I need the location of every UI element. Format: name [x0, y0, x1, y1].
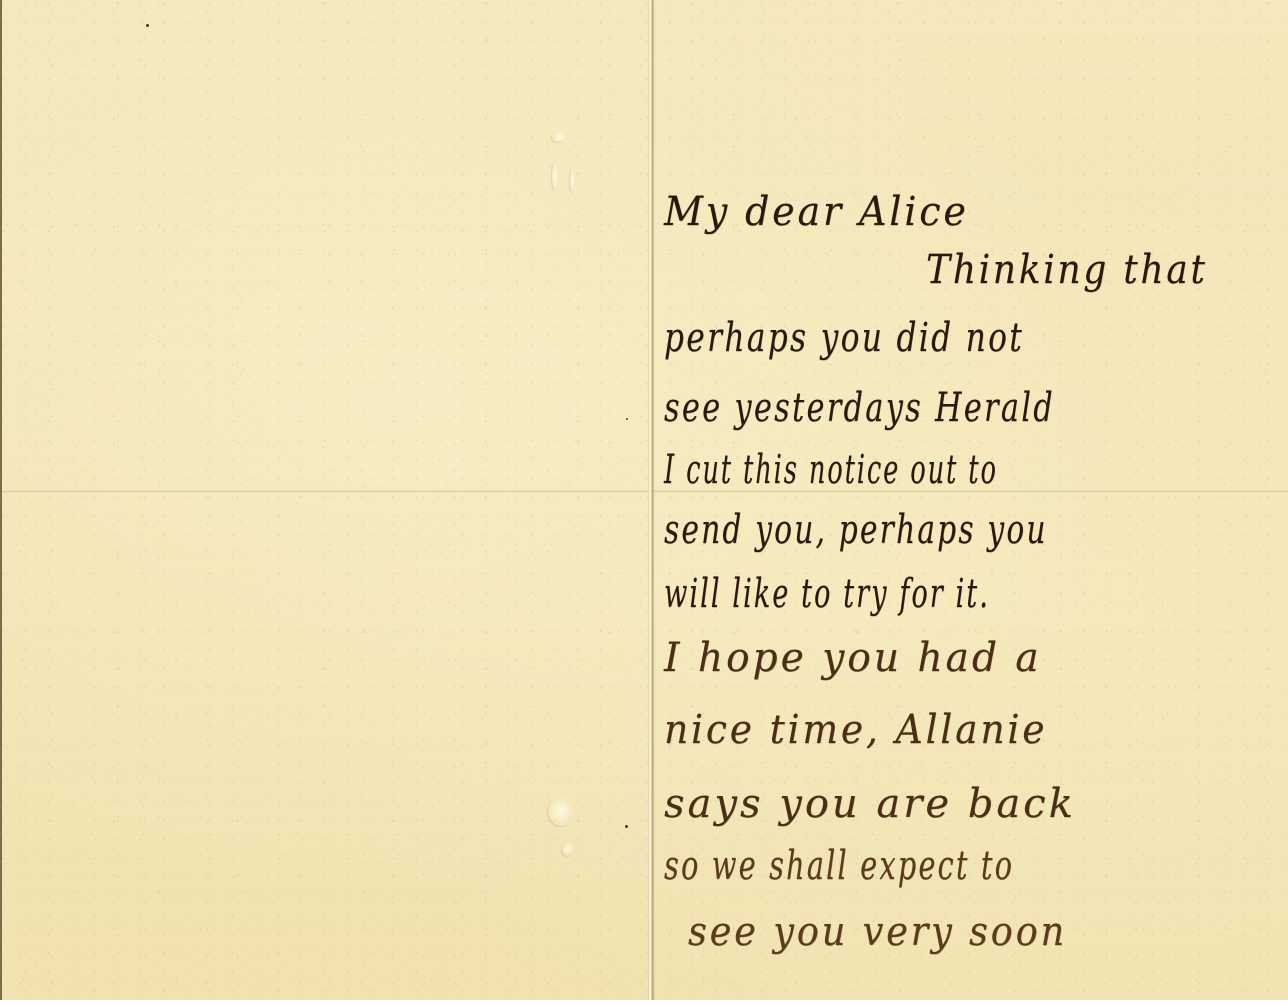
letter-line-2: perhaps you did not	[664, 318, 1024, 358]
letter-line-10: so we shall expect to	[664, 846, 1014, 886]
emboss-mark	[552, 132, 566, 142]
emboss-mark	[548, 796, 574, 826]
letter-sheet: My dear Alice Thinking that perhaps you …	[0, 0, 1288, 1004]
letter-line-8: nice time, Allanie	[664, 710, 1047, 750]
emboss-mark	[552, 162, 558, 190]
salutation: My dear Alice	[664, 192, 969, 232]
ink-speck	[625, 825, 628, 828]
letter-line-7: I hope you had a	[664, 638, 1042, 678]
ink-speck	[146, 24, 149, 27]
letter-line-11: see you very soon	[688, 912, 1067, 952]
ink-speck	[626, 418, 628, 420]
emboss-mark	[562, 842, 574, 856]
left-leaf-blank	[0, 0, 649, 1004]
letter-line-5: send you, perhaps you	[664, 510, 1048, 550]
letter-line-4: I cut this notice out to	[664, 450, 998, 490]
letter-line-3: see yesterdays Herald	[664, 388, 1055, 428]
paper-left-edge	[0, 0, 2, 1004]
letter-line-9: says you are back	[664, 784, 1076, 824]
emboss-mark	[570, 168, 575, 192]
scan-bottom-edge	[0, 1000, 1288, 1004]
letter-line-6: will like to try for it.	[664, 574, 990, 614]
letter-line-1: Thinking that	[926, 250, 1208, 290]
